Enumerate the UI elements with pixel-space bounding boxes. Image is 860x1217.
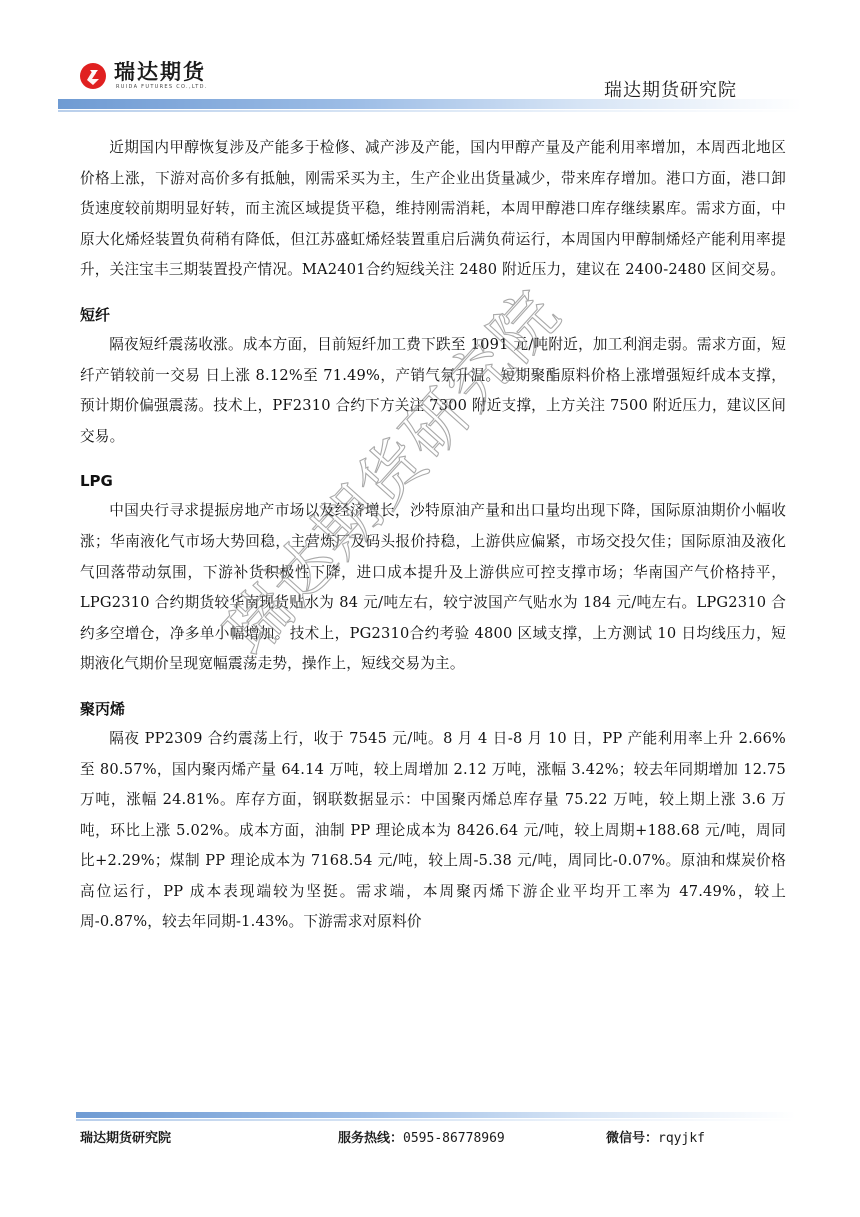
wechat-id: rqyjkf [658,1131,705,1146]
logo-english-name: RUIDA FUTURES CO.,LTD. [116,84,208,91]
section-methanol: 近期国内甲醇恢复涉及产能多于检修、减产涉及产能，国内甲醇产量及产能利用率增加，本… [80,133,786,286]
paragraph-methanol: 近期国内甲醇恢复涉及产能多于检修、减产涉及产能，国内甲醇产量及产能利用率增加，本… [80,133,786,286]
hotline-label: 服务热线： [338,1131,403,1146]
section-polypropylene: 聚丙烯 隔夜 PP2309 合约震荡上行，收于 7545 元/吨。8 月 4 日… [80,694,786,938]
footer-org-label: 瑞达期货研究院 [80,1131,171,1146]
section-title-staple-fiber: 短纤 [80,300,786,330]
section-lpg: LPG 中国央行寻求提振房地产市场以及经济增长，沙特原油产量和出口量均出现下降，… [80,466,786,680]
wechat-label: 微信号： [606,1131,658,1146]
logo-chinese-name: 瑞达期货 [114,60,208,84]
footer-divider-band [76,1112,796,1118]
section-title-lpg: LPG [80,466,786,496]
paragraph-lpg: 中国央行寻求提振房地产市场以及经济增长，沙特原油产量和出口量均出现下降，国际原油… [80,496,786,680]
paragraph-staple-fiber: 隔夜短纤震荡收涨。成本方面，目前短纤加工费下跌至 1091 元/吨附近，加工利润… [80,330,786,452]
hotline-number: 0595-86778969 [403,1131,505,1146]
document-body: 近期国内甲醇恢复涉及产能多于检修、减产涉及产能，国内甲醇产量及产能利用率增加，本… [80,133,786,938]
header-divider-band [58,99,802,109]
ruida-logo-icon [78,61,108,91]
footer-hotline: 服务热线：0595-86778969 [338,1127,505,1146]
section-title-polypropylene: 聚丙烯 [80,694,786,724]
footer-org: 瑞达期货研究院 [80,1127,171,1146]
section-staple-fiber: 短纤 隔夜短纤震荡收涨。成本方面，目前短纤加工费下跌至 1091 元/吨附近，加… [80,300,786,452]
footer-wechat: 微信号：rqyjkf [606,1127,705,1146]
paragraph-polypropylene: 隔夜 PP2309 合约震荡上行，收于 7545 元/吨。8 月 4 日-8 月… [80,724,786,938]
company-logo: 瑞达期货 RUIDA FUTURES CO.,LTD. [78,60,208,91]
